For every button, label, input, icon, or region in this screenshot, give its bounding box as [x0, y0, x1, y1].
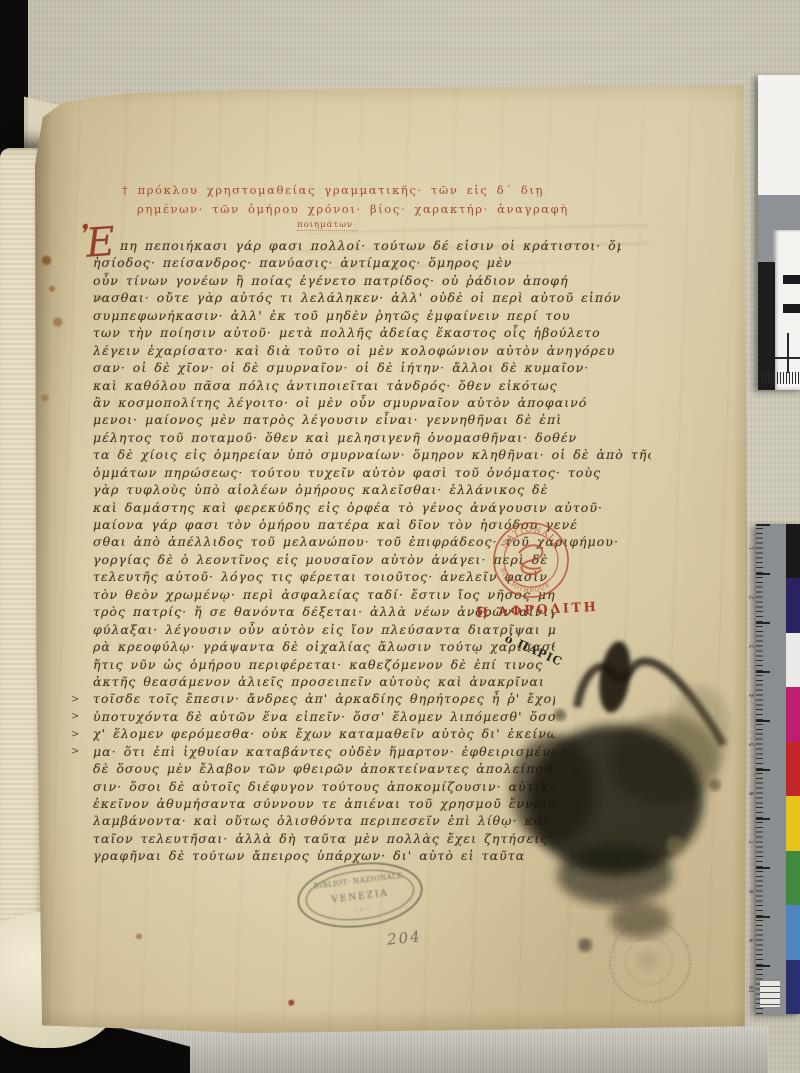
text-line: ὀμμάτων πηρώσεως· τούτου τυχεῖν αὐτὸν φα… [93, 464, 621, 481]
diple-mark: > [71, 726, 79, 743]
margin-quote-marks: >>>> [71, 691, 79, 761]
ruler-numbers: 12345678910 [766, 524, 780, 1014]
color-patch [786, 960, 800, 1014]
color-patch [786, 796, 800, 850]
crosshair-vertical [787, 333, 789, 373]
color-patch [786, 742, 800, 796]
text-line: οὖν τίνων γονέων ἢ ποίας ἐγένετο πατρίδο… [93, 272, 621, 289]
stamp-monogram [516, 543, 545, 576]
crosshair-horizontal [775, 357, 800, 359]
oval-stamp-top: BIBLIOT· NAZIONALE [313, 872, 403, 891]
resolution-ticks [762, 372, 800, 384]
oval-stamp-bottom: · ⁘ · [354, 905, 370, 915]
text-line: καὶ δαμάστης καὶ φερεκύδης εἰς ὀρφέα τὸ … [93, 499, 621, 516]
text-line: των τὴν ποίησιν αὐτοῦ· μετὰ πολλῆς ἀδεία… [93, 324, 621, 341]
library-stamp-oval: BIBLIOT· NAZIONALE VENEZIA · ⁘ · [289, 851, 431, 939]
gray-band [758, 195, 800, 230]
gray-column [758, 230, 773, 262]
diple-mark: > [71, 708, 79, 725]
parchment-page: † πρόκλου χρηστομαθείας γραμματικῆς· τῶν… [35, 85, 747, 1033]
black-column [758, 262, 775, 390]
black-bar [783, 275, 800, 284]
text-line: γὰρ τυφλοὺς ὑπὸ αἰολέων ὁμήρους καλεῖσθα… [93, 481, 621, 498]
diple-mark: > [71, 743, 79, 760]
diple-mark: > [71, 691, 79, 708]
text-line: λέγειν ἐχαρίσατο· καὶ διὰ τοῦτο οἱ μὲν κ… [93, 342, 621, 359]
ruler-label-box [758, 978, 782, 1010]
text-line: ἂν κοσμοπολίτης λέγοιτο· οἱ μὲν οὖν σμυρ… [93, 394, 621, 411]
svg-text:NATIONALE: NATIONALE [499, 520, 566, 558]
text-line: ἡσίοδος· πείσανδρος· πανύασις· ἀντίμαχος… [93, 254, 621, 271]
rubric-title-line2: ρημένων· τῶν ὁμήρου χρόνοι· βίος· χαρακτ… [137, 202, 569, 216]
text-line: σαν· οἱ δὲ χῖον· οἱ δὲ σμυρναῖον· οἱ δὲ … [93, 359, 621, 376]
svg-text:BIBLIOTHÈQUE: BIBLIOTHÈQUE [495, 566, 554, 597]
library-stamp-red: NATIONALE BIBLIOTHÈQUE [484, 513, 578, 607]
color-calibration-ruler: 12345678910 [756, 524, 800, 1014]
text-line: τα δὲ χίοις εἰς ὁμηρείαν ὑπὸ σμυρναίων· … [93, 446, 651, 463]
rubric-title-line1: † πρόκλου χρηστομαθείας γραμματικῆς· τῶν… [122, 183, 544, 197]
rubric-title-line3: ποιημάτων· [297, 220, 357, 231]
color-patch [786, 524, 800, 578]
grayscale-target-card [758, 75, 800, 390]
text-line: μέλητος τοῦ ποταμοῦ· ὅθεν καὶ μελησιγενῆ… [93, 429, 621, 446]
color-patch [786, 851, 800, 905]
black-bar [783, 304, 800, 313]
text-line: πη πεποιήκασι γάρ φασι πολλοί· τούτων δέ… [93, 237, 621, 254]
manuscript-photo: { "manuscript": { "heading": { "line1": … [0, 0, 800, 1073]
stamp-text-bottom: BIBLIOTHÈQUE [495, 566, 554, 597]
text-line: μενοι· μαίονος μὲν πατρὸς λέγουσιν εἶναι… [93, 411, 621, 428]
color-patch [786, 578, 800, 632]
text-line: καὶ καθόλου πᾶσα πόλις ἀντιποιεῖται τἀνδ… [93, 377, 621, 394]
text-line: νασθαι· οὔτε γὰρ αὐτός τι λελάληκεν· ἀλλ… [93, 289, 621, 306]
stamp-text-top: NATIONALE [499, 520, 566, 558]
text-line: συμπεφωνήκασιν· ἀλλ' ἐκ τοῦ μηδὲν ῥητῶς … [93, 307, 621, 324]
folio-annotation: 204 [386, 927, 422, 949]
color-patch-strip [786, 524, 800, 1014]
embossed-stamp-faint [609, 921, 691, 1003]
color-patch [786, 687, 800, 741]
color-patch [786, 633, 800, 687]
oval-stamp-middle: VENEZIA [330, 888, 390, 905]
table-cloth-strip [108, 1026, 768, 1073]
color-patch [786, 905, 800, 959]
